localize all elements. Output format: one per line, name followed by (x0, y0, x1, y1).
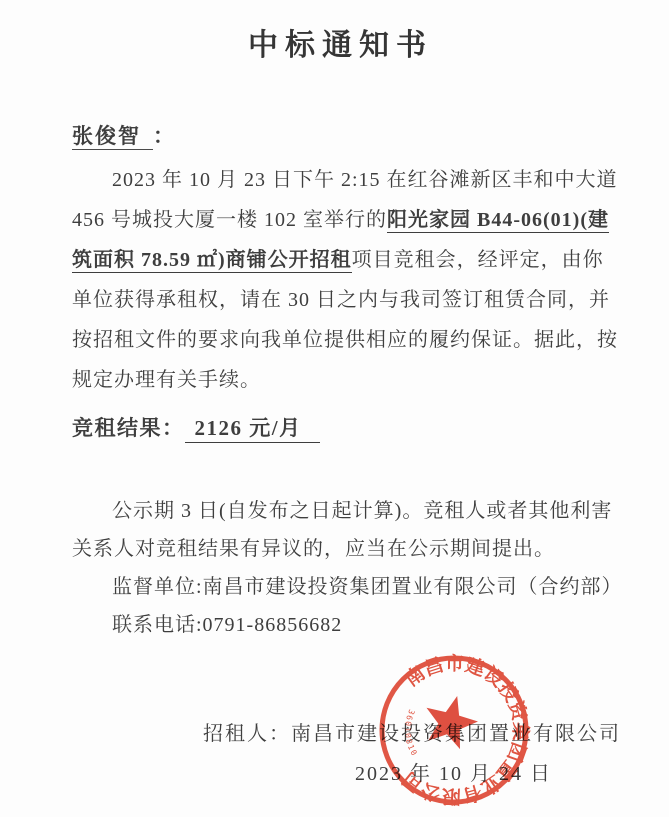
notice-line: 公示期 3 日(自发布之日起计算)。竞租人或者其他利害 (72, 492, 609, 530)
text-run: 按招租文件的要求向我单位提供相应的履约保证。据此，按 (72, 329, 618, 351)
paragraph-line: 456 号城投大厦一楼 102 室举行的阳光家园 B44-06(01)(建 (72, 200, 609, 240)
notice-line: 联系电话:0791-86856682 (72, 606, 609, 644)
notice-block: 公示期 3 日(自发布之日起计算)。竞租人或者其他利害关系人对竞租结果有异议的，… (72, 492, 609, 644)
text-run: 规定办理有关手续。 (72, 369, 261, 391)
signer-label: 招租人： (203, 723, 291, 745)
body-paragraph: 2023 年 10 月 23 日下午 2:15 在红谷滩新区丰和中大道456 号… (72, 160, 609, 400)
signer-name: 南昌市建设投资集团置业有限公司 (291, 723, 621, 745)
emphasized-text: 阳光家园 B44-06(01)(建 (387, 209, 609, 233)
paragraph-line: 规定办理有关手续。 (72, 360, 609, 400)
addressee-line: 张俊智： (72, 120, 609, 152)
paragraph-line: 单位获得承租权，请在 30 日之内与我司签订租赁合同，并 (72, 280, 609, 320)
text-run: 2023 年 10 月 23 日下午 2:15 在红谷滩新区丰和中大道 (112, 169, 618, 191)
text-run: 项目竞租会，经评定，由你 (352, 249, 604, 271)
date-line: 2023 年 10 月 24 日 (355, 754, 609, 794)
notice-line: 监督单位:南昌市建设投资集团置业有限公司（合约部） (72, 568, 609, 606)
paragraph-line: 按招租文件的要求向我单位提供相应的履约保证。据此，按 (72, 320, 609, 360)
signature-block: 招租人：南昌市建设投资集团置业有限公司 2023 年 10 月 24 日 (72, 714, 609, 794)
addressee-name: 张俊智 (72, 124, 153, 150)
text-run: 单位获得承租权，请在 30 日之内与我司签订租赁合同，并 (72, 289, 610, 311)
addressee-colon: ： (153, 124, 176, 148)
document-title: 中标通知书 (72, 24, 609, 68)
signer-line: 招租人：南昌市建设投资集团置业有限公司 (203, 714, 609, 754)
document-body: 中标通知书 张俊智： 2023 年 10 月 23 日下午 2:15 在红谷滩新… (0, 24, 669, 794)
paragraph-line: 2023 年 10 月 23 日下午 2:15 在红谷滩新区丰和中大道 (72, 160, 609, 200)
result-label: 竞租结果： (72, 416, 185, 440)
notice-line: 关系人对竞租结果有异议的，应当在公示期间提出。 (72, 530, 609, 568)
document-page: 中标通知书 张俊智： 2023 年 10 月 23 日下午 2:15 在红谷滩新… (0, 0, 669, 817)
paragraph-line: 筑面积 78.59 ㎡)商铺公开招租项目竞租会，经评定，由你 (72, 240, 609, 280)
result-line: 竞租结果：2126 元/月 (72, 408, 609, 448)
result-value: 2126 元/月 (185, 416, 320, 443)
text-run: 456 号城投大厦一楼 102 室举行的 (72, 209, 387, 231)
emphasized-text: 筑面积 78.59 ㎡)商铺公开招租 (72, 249, 352, 273)
